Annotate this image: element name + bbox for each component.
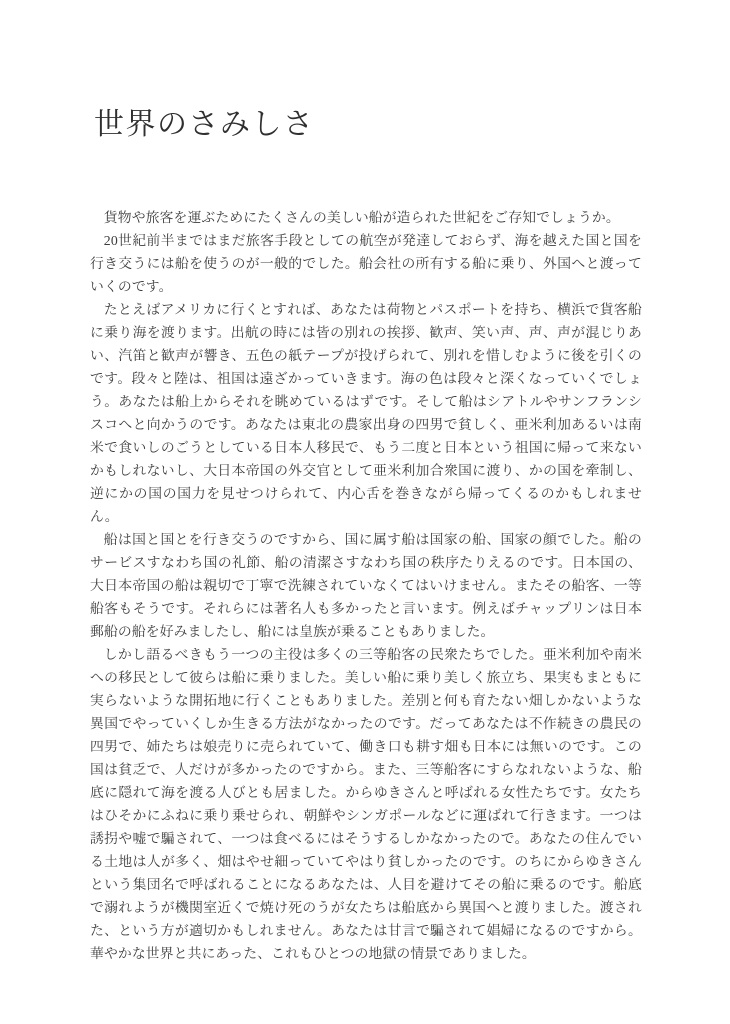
- document-page: 世界のさみしさ 貨物や旅客を運ぶためにたくさんの美しい船が造られた世紀をご存知で…: [0, 0, 730, 1024]
- body-paragraph-1: 貨物や旅客を運ぶためにたくさんの美しい船が造られた世紀をご存知でしょうか。: [90, 206, 642, 229]
- body-paragraph-3: たとえばアメリカに行くとすれば、あなたは荷物とパスポートを持ち、横浜で貨客船に乗…: [90, 298, 642, 528]
- page-title: 世界のさみしさ: [94, 99, 315, 143]
- body-paragraph-5: しかし語るべきもう一つの主役は多くの三等船客の民衆たちでした。亜米利加や南米への…: [90, 643, 642, 965]
- body-text: 貨物や旅客を運ぶためにたくさんの美しい船が造られた世紀をご存知でしょうか。 20…: [90, 206, 642, 965]
- body-paragraph-4: 船は国と国とを行き交うのですから、国に属す船は国家の船、国家の顔でした。船のサー…: [90, 528, 642, 643]
- body-paragraph-2: 20世紀前半まではまだ旅客手段としての航空が発達しておらず、海を越えた国と国を行…: [90, 229, 642, 298]
